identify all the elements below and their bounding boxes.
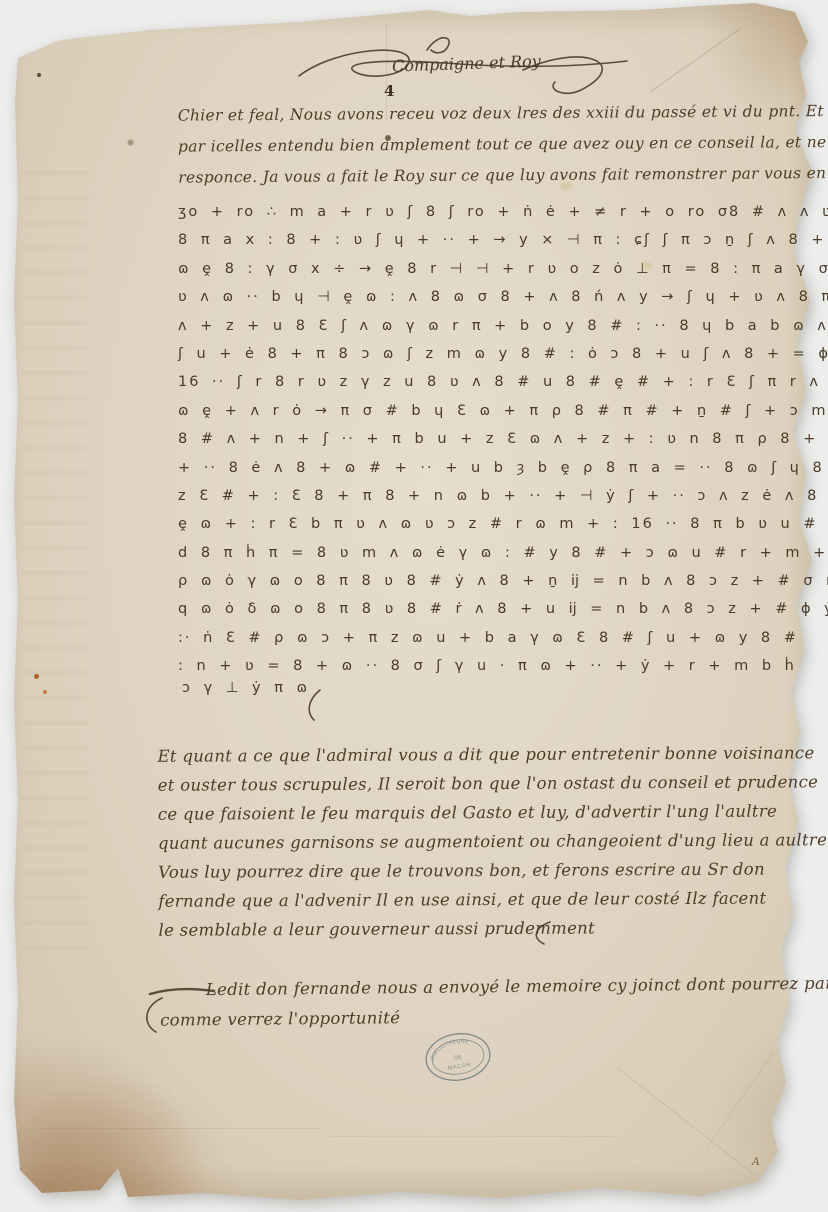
rust-spot: [34, 674, 39, 679]
text-line: et ouster tous scrupules, Il seroit bon …: [158, 767, 827, 800]
stain: [560, 182, 572, 190]
text-line: le semblable a leur gouverneur aussi pru…: [158, 912, 827, 945]
paper-flaw: [128, 140, 133, 145]
text-line: responce. Ja vous a fait le Roy sur ce q…: [178, 157, 828, 193]
cipher-line: d 8 π ḣ π = 8 ʋ m ʌ ɷ ė γ ɷ : # y 8 # + …: [178, 539, 828, 567]
rust-spot: [43, 690, 47, 694]
cipher-line: ḙ ɷ + : r Ɛ b π ʋ ʌ ɷ ʋ ɔ z # r ɷ m + : …: [178, 510, 828, 538]
cipher-line: 8 # ʌ + n + ʃ ·· + π b u + z Ɛ ɷ ʌ + z +…: [178, 425, 828, 453]
cipher-line: ɷ ḙ 8 : γ σ x ÷ → ḙ 8 r ⊣ ⊣ + r ʋ o z ȯ …: [178, 255, 828, 283]
cipher-line: ɷ ḙ + ʌ r ȯ → π σ # b ɥ Ɛ ɷ + π ρ 8 # π …: [178, 397, 828, 425]
cipher-block: ʒo + ro ∴ m a + r ʋ ʃ 8 ʃ ro + ṅ ė + ≠ r…: [178, 198, 828, 681]
cipher-line: ʋ ʌ ɷ ·· b ɥ ⊣ ḙ ɷ : ʌ 8 ɷ σ 8 + ʌ 8 ń ʌ…: [178, 283, 828, 311]
cipher-line: ρ ɷ ȯ γ ɷ o 8 π 8 ʋ 8 # ẏ ʌ 8 + ṉ ĳ = n …: [178, 567, 828, 595]
text-line: quant aucunes garnisons se augmentoient …: [158, 825, 827, 858]
cipher-line: q ɷ ȯ δ ɷ o 8 π 8 ʋ 8 # ṙ ʌ 8 + u ĳ = n …: [178, 595, 828, 623]
cipher-line: z Ɛ # + : Ɛ 8 + π 8 + n ɷ b + ·· + ⊣ ẏ ʃ…: [178, 482, 828, 510]
verso-bleedthrough: [22, 150, 88, 970]
stamp-middle-text: DE: [454, 1054, 463, 1061]
scanned-document-photo: Compaigne et Roy 4 Chier et feal, Nous a…: [0, 0, 828, 1212]
cipher-line: ʒo + ro ∴ m a + r ʋ ʃ 8 ʃ ro + ṅ ė + ≠ r…: [178, 198, 828, 226]
closing-paragraph: Ledit don fernande nous a envoyé le memo…: [160, 968, 828, 1035]
cipher-line: 8 π a x : 8 + : ʋ ʃ ɥ + ·· + → y × ⊣ π :…: [178, 226, 828, 254]
fold-crease: [40, 1128, 320, 1129]
cipher-end-flourish: [300, 688, 340, 722]
paragraph-end-flourish: [520, 920, 580, 946]
text-line: par icelles entendu bien amplement tout …: [178, 126, 828, 162]
stain: [642, 262, 652, 269]
stamp-bottom-text: MACON: [447, 1062, 471, 1072]
cipher-line: ʃ u + ė 8 + π 8 ɔ ɷ ʃ z m ɷ y 8 # : ȯ ɔ …: [178, 340, 828, 368]
fold-crease: [330, 1136, 620, 1137]
corner-mark: A: [752, 1155, 760, 1168]
ink-blot: [385, 135, 391, 141]
opening-paragraph: Chier et feal, Nous avons receu voz deux…: [178, 95, 828, 193]
ink-speck: [37, 73, 41, 77]
cipher-line: : n + ʋ = 8 + ɷ ·· 8 σ ʃ γ u · π ɷ + ·· …: [178, 652, 828, 680]
text-line: Vous luy pourrez dire que le trouvons bo…: [158, 854, 827, 887]
text-line: fernande que a l'advenir Il en use ainsi…: [158, 883, 827, 916]
cipher-line: 16 ·· ʃ r 8 r ʋ z γ z u 8 ʋ ʌ 8 # u 8 # …: [178, 368, 828, 396]
closing-curl-flourish: [138, 996, 168, 1036]
cipher-final-line: ɔ γ ⊥ ẏ π ɷ: [182, 680, 309, 696]
cipher-line: :· ṅ Ɛ # ρ ɷ ɔ + π z ɷ u + b a γ ɷ Ɛ 8 #…: [178, 624, 828, 652]
cipher-line: + ·· 8 ė ʌ 8 + ɷ # + ·· + u b ȝ b ḙ ρ 8 …: [178, 454, 828, 482]
middle-paragraph: Et quant a ce que l'admiral vous a dit q…: [157, 738, 827, 945]
text-line: Chier et feal, Nous avons receu voz deux…: [178, 95, 828, 131]
text-line: Et quant a ce que l'admiral vous a dit q…: [157, 738, 826, 771]
vertical-crease: [386, 24, 387, 120]
library-stamp: BIBLIOTHÈQUE DE MACON: [419, 1026, 496, 1088]
text-line: ce que faisoient le feu marquis del Gast…: [158, 796, 827, 829]
cipher-line: ʌ + z + u 8 Ɛ ʃ ʌ ɷ γ ɷ r π + b o y 8 # …: [178, 312, 828, 340]
